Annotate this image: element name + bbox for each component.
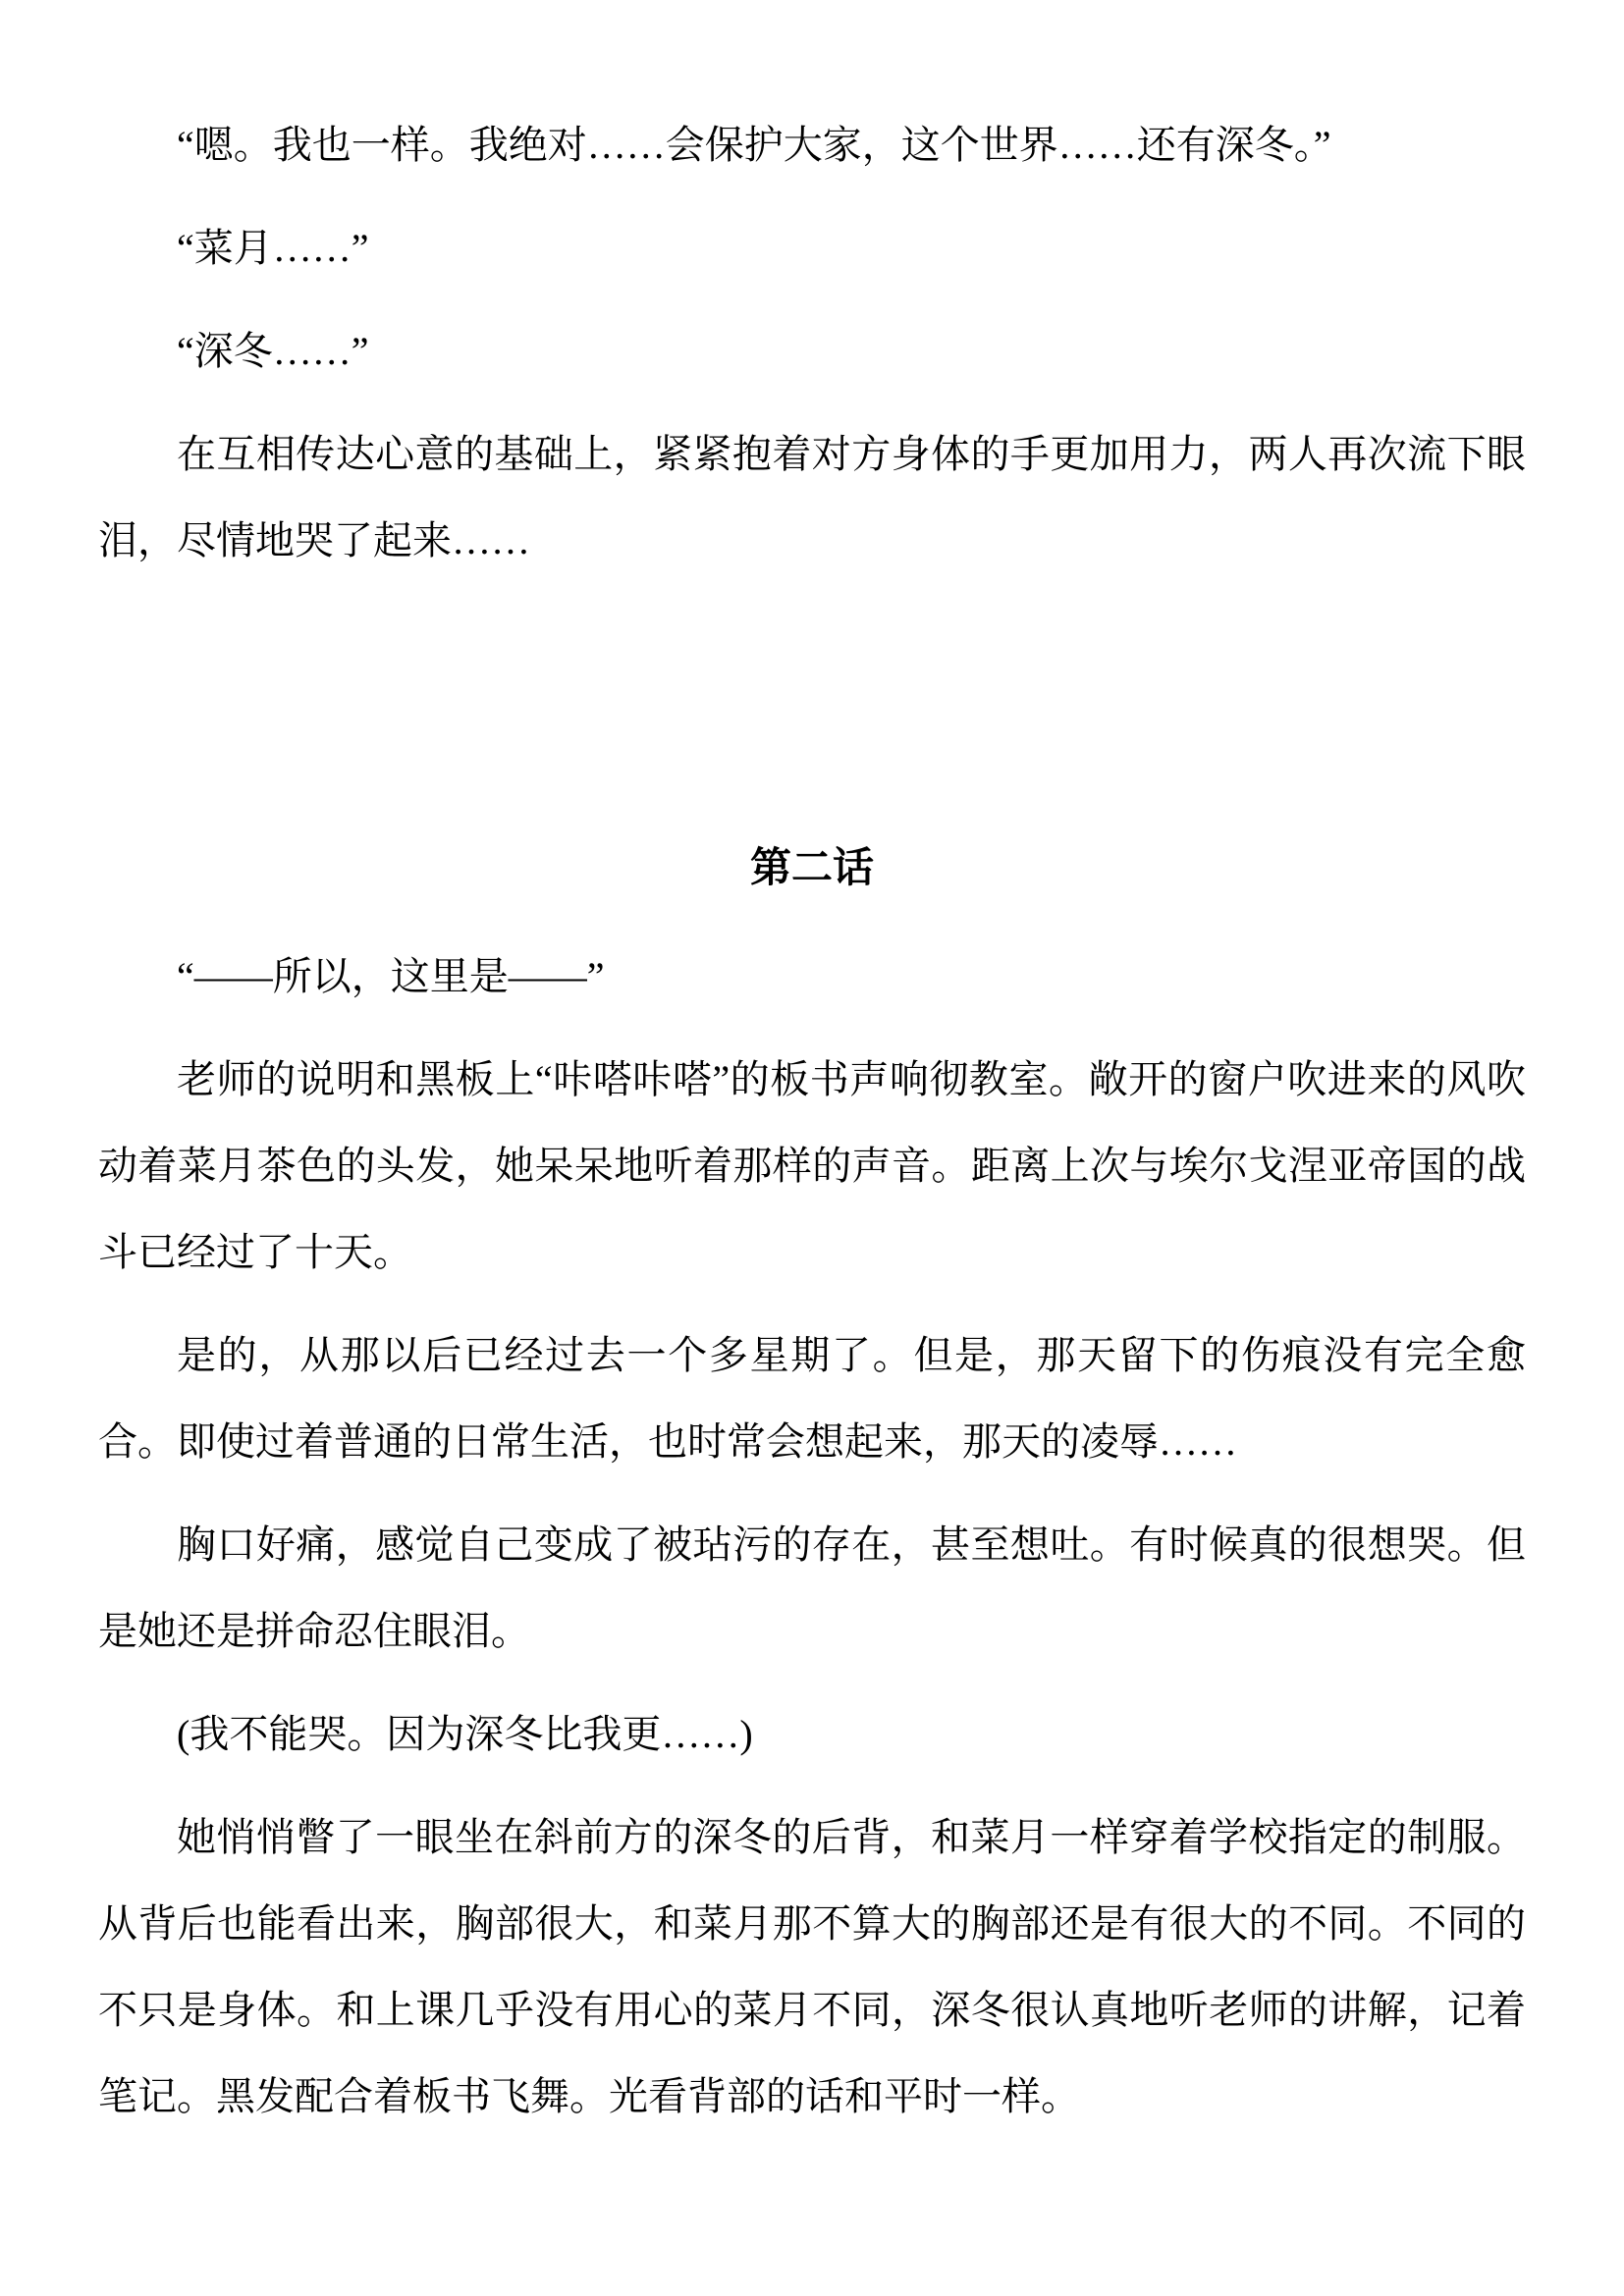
chapter-heading: 第二话	[98, 826, 1526, 912]
paragraph-narration-5: 她悄悄瞥了一眼坐在斜前方的深冬的后背，和菜月一样穿着学校指定的制服。从背后也能看…	[98, 1794, 1526, 2140]
paragraph-narration-3: 是的，从那以后已经过去一个多星期了。但是，那天留下的伤痕没有完全愈合。即使过着普…	[98, 1312, 1526, 1485]
paragraph-thought-1: (我不能哭。因为深冬比我更……)	[98, 1691, 1526, 1778]
paragraph-dialogue-2: “菜月……”	[98, 205, 1526, 292]
paragraph-narration-2: 老师的说明和黑板上“咔嗒咔嗒”的板书声响彻教室。敞开的窗户吹进来的风吹动着菜月茶…	[98, 1037, 1526, 1296]
paragraph-dialogue-3: “深冬……”	[98, 308, 1526, 395]
paragraph-dialogue-1: “嗯。我也一样。我绝对……会保护大家，这个世界……还有深冬。”	[98, 102, 1526, 188]
paragraph-dialogue-4: “——所以，这里是——”	[98, 934, 1526, 1020]
document-page: “嗯。我也一样。我绝对……会保护大家，这个世界……还有深冬。” “菜月……” “…	[0, 0, 1624, 2296]
paragraph-narration-4: 胸口好痛，感觉自己变成了被玷污的存在，甚至想吐。有时候真的很想哭。但是她还是拼命…	[98, 1502, 1526, 1675]
paragraph-narration-1: 在互相传达心意的基础上，紧紧抱着对方身体的手更加用力，两人再次流下眼泪，尽情地哭…	[98, 411, 1526, 584]
